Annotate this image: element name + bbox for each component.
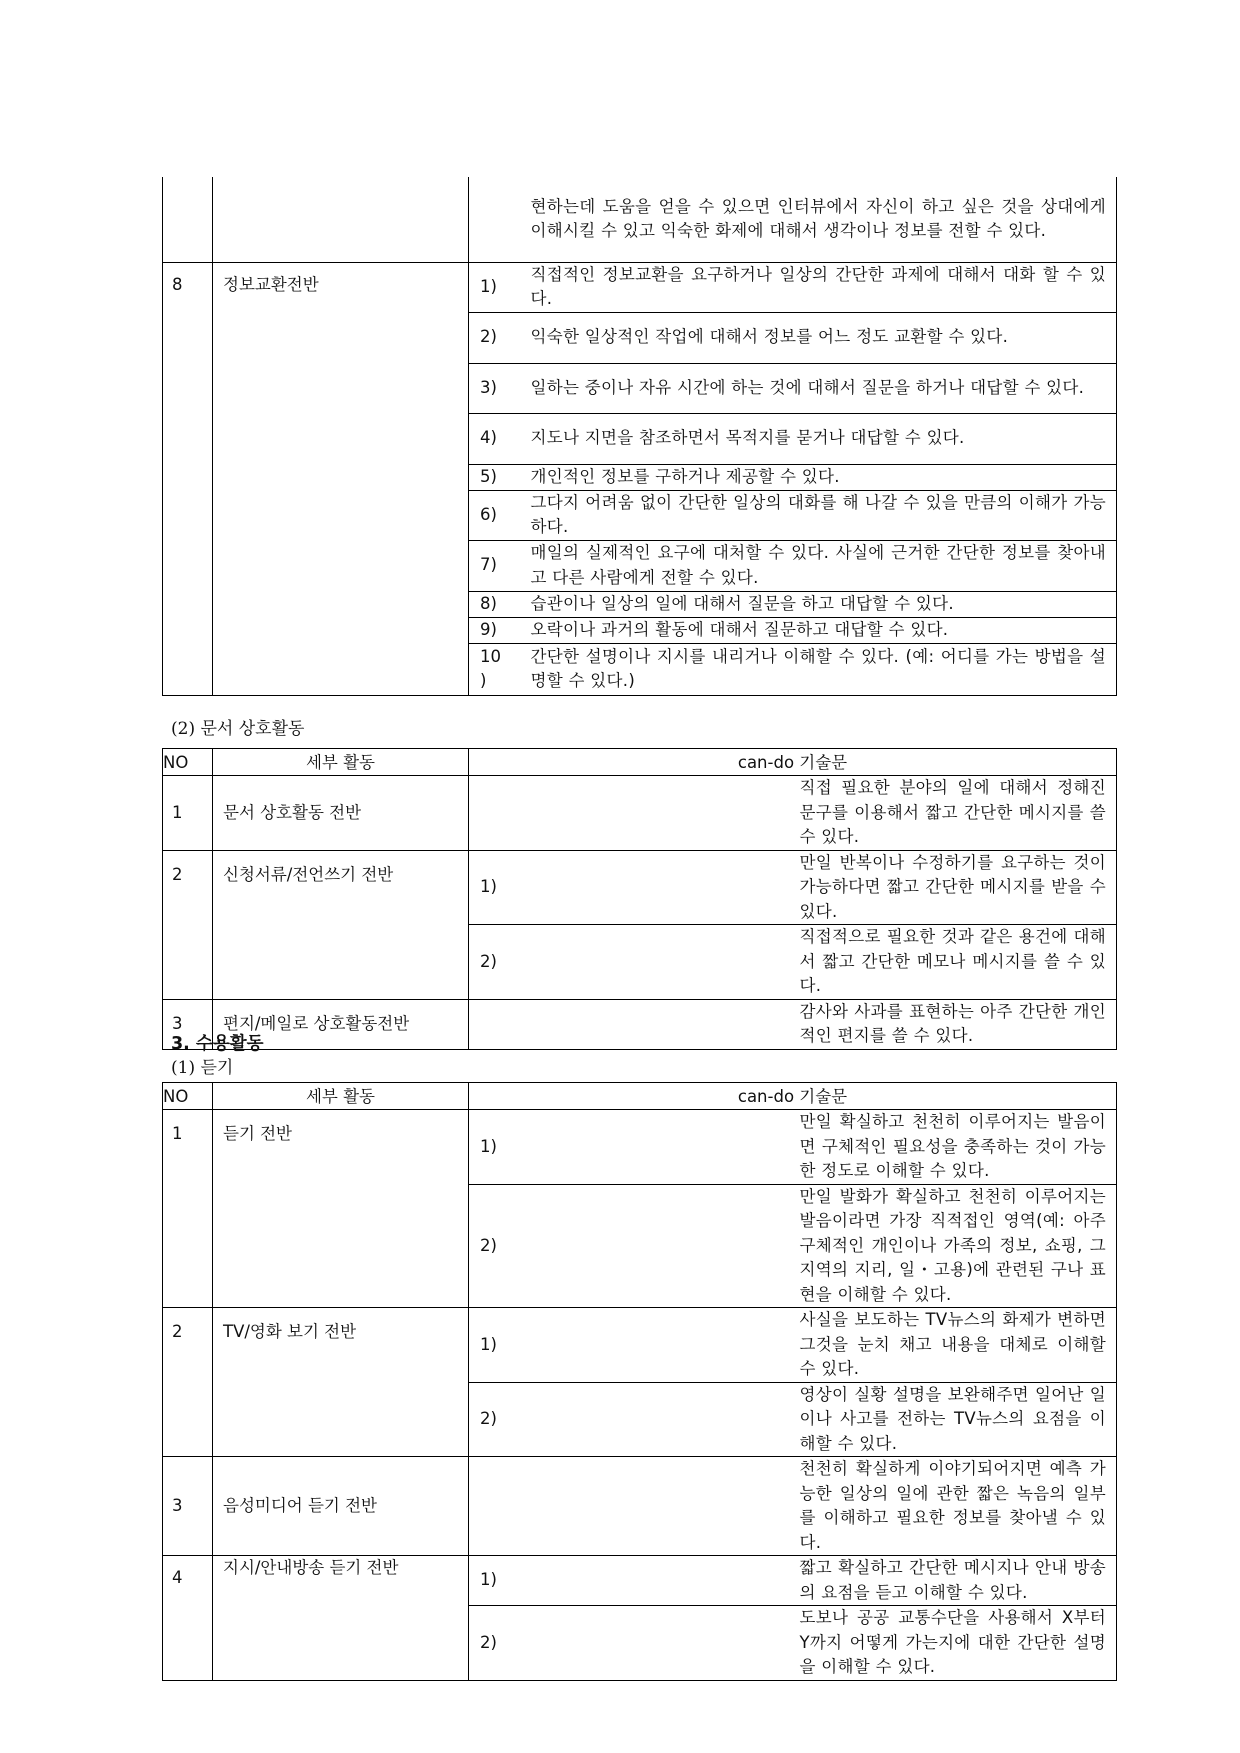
listening-table: NO 세부 활동 can-do 기술문 1 듣기 전반 1) 만일 확실하고 천… [162, 1082, 1117, 1681]
item-number [469, 999, 793, 1049]
activity-cell: 신청서류/전언쓰기 전반 [213, 850, 469, 999]
item-number: 2) [469, 1606, 793, 1681]
cando-statement: 현하는데 도움을 얻을 수 있으면 인터뷰에서 자신이 하고 싶은 것을 상대에… [524, 177, 1117, 262]
item-number: 5) [469, 464, 524, 490]
row-number: 4 [163, 1556, 213, 1681]
item-number: 4) [469, 413, 524, 464]
cando-statement: 매일의 실제적인 요구에 대처할 수 있다. 사실에 근거한 간단한 정보를 찾… [524, 540, 1117, 591]
activity-cell: 음성미디어 듣기 전반 [213, 1457, 469, 1556]
subsection-label-written-interaction: (2) 문서 상호활동 [171, 714, 304, 739]
item-number: 2) [469, 925, 793, 1000]
cando-statement: 사실을 보도하는 TV뉴스의 화제가 변하면 그것을 눈치 채고 내용을 대체로… [793, 1308, 1117, 1383]
cando-statement: 직접 필요한 분야의 일에 대해서 정해진 문구를 이용해서 짧고 간단한 메시… [793, 776, 1117, 851]
table-row: 1 듣기 전반 1) 만일 확실하고 천천히 이루어지는 발음이면 구체적인 필… [163, 1110, 1117, 1185]
row-number: 2 [163, 1308, 213, 1457]
header-cando: can-do 기술문 [469, 749, 1117, 776]
subsection-label-listening: (1) 듣기 [171, 1053, 233, 1078]
table-row: 2 신청서류/전언쓰기 전반 1) 만일 반복이나 수정하기를 요구하는 것이 … [163, 850, 1117, 925]
cando-statement: 간단한 설명이나 지시를 내리거나 이해할 수 있다. (예: 어디를 가는 방… [524, 643, 1117, 695]
cando-statement: 영상이 실황 설명을 보완해주면 일어난 일이나 사고를 전하는 TV뉴스의 요… [793, 1382, 1117, 1457]
cando-statement: 일하는 중이나 자유 시간에 하는 것에 대해서 질문을 하거나 대답할 수 있… [524, 363, 1117, 413]
item-number: 3) [469, 363, 524, 413]
item-number: 1) [469, 262, 524, 312]
item-number: 2) [469, 1382, 793, 1457]
cando-statement: 천천히 확실하게 이야기되어지면 예측 가능한 일상의 일에 관한 짧은 녹음의… [793, 1457, 1117, 1556]
table-header-row: NO 세부 활동 can-do 기술문 [163, 1083, 1117, 1110]
row-number: 8 [163, 262, 213, 695]
item-number [469, 1457, 793, 1556]
table-row: 4 지시/안내방송 듣기 전반 1) 짧고 확실하고 간단한 메시지나 안내 방… [163, 1556, 1117, 1606]
section-title-reception: 3. 수용활동 [171, 1030, 264, 1055]
header-no: NO [163, 1083, 213, 1110]
header-activity: 세부 활동 [213, 749, 469, 776]
cando-statement: 짧고 확실하고 간단한 메시지나 안내 방송의 요점을 듣고 이해할 수 있다. [793, 1556, 1117, 1606]
item-number [469, 776, 793, 851]
cando-statement: 그다지 어려움 없이 간단한 일상의 대화를 해 나갈 수 있을 만큼의 이해가… [524, 490, 1117, 540]
table-row: 현하는데 도움을 얻을 수 있으면 인터뷰에서 자신이 하고 싶은 것을 상대에… [163, 177, 1117, 262]
table-header-row: NO 세부 활동 can-do 기술문 [163, 749, 1117, 776]
table-row: 8 정보교환전반 1) 직접적인 정보교환을 요구하거나 일상의 간단한 과제에… [163, 262, 1117, 312]
table-row: 3 편지/메일로 상호활동전반 감사와 사과를 표현하는 아주 간단한 개인적인… [163, 999, 1117, 1049]
cando-statement: 감사와 사과를 표현하는 아주 간단한 개인적인 편지를 쓸 수 있다. [793, 999, 1117, 1049]
activity-cell: TV/영화 보기 전반 [213, 1308, 469, 1457]
activity-cell: 정보교환전반 [213, 262, 469, 695]
cando-statement: 개인적인 정보를 구하거나 제공할 수 있다. [524, 464, 1117, 490]
row-number [163, 177, 213, 262]
cando-statement: 오락이나 과거의 활동에 대해서 질문하고 대답할 수 있다. [524, 617, 1117, 643]
spoken-interaction-table-continued: 현하는데 도움을 얻을 수 있으면 인터뷰에서 자신이 하고 싶은 것을 상대에… [162, 177, 1117, 696]
cando-statement: 만일 반복이나 수정하기를 요구하는 것이 가능하다면 짧고 간단한 메시지를 … [793, 850, 1117, 925]
header-no: NO [163, 749, 213, 776]
cando-statement: 직접적인 정보교환을 요구하거나 일상의 간단한 과제에 대해서 대화 할 수 … [524, 262, 1117, 312]
row-number: 2 [163, 850, 213, 999]
cando-statement: 만일 확실하고 천천히 이루어지는 발음이면 구체적인 필요성을 충족하는 것이… [793, 1110, 1117, 1185]
activity-cell [213, 177, 469, 262]
table-row: 2 TV/영화 보기 전반 1) 사실을 보도하는 TV뉴스의 화제가 변하면 … [163, 1308, 1117, 1383]
cando-statement: 습관이나 일상의 일에 대해서 질문을 하고 대답할 수 있다. [524, 591, 1117, 617]
activity-cell: 듣기 전반 [213, 1110, 469, 1308]
item-number: 2) [469, 1184, 793, 1308]
activity-cell: 문서 상호활동 전반 [213, 776, 469, 851]
activity-cell: 지시/안내방송 듣기 전반 [213, 1556, 469, 1681]
header-activity: 세부 활동 [213, 1083, 469, 1110]
item-number: 1) [469, 1308, 793, 1383]
row-number: 3 [163, 1457, 213, 1556]
item-number [469, 177, 524, 262]
written-interaction-table: NO 세부 활동 can-do 기술문 1 문서 상호활동 전반 직접 필요한 … [162, 748, 1117, 1050]
row-number: 1 [163, 776, 213, 851]
cando-statement: 도보나 공공 교통수단을 사용해서 X부터 Y까지 어떻게 가는지에 대한 간단… [793, 1606, 1117, 1681]
item-number: 8) [469, 591, 524, 617]
item-number: 9) [469, 617, 524, 643]
cando-statement: 익숙한 일상적인 작업에 대해서 정보를 어느 정도 교환할 수 있다. [524, 312, 1117, 363]
cando-statement: 지도나 지면을 참조하면서 목적지를 묻거나 대답할 수 있다. [524, 413, 1117, 464]
item-number: 1) [469, 1110, 793, 1185]
row-number: 1 [163, 1110, 213, 1308]
cando-statement: 만일 발화가 확실하고 천천히 이루어지는 발음이라면 가장 직적접인 영역(예… [793, 1184, 1117, 1308]
item-number: 1) [469, 1556, 793, 1606]
item-number: 1) [469, 850, 793, 925]
table-row: 3 음성미디어 듣기 전반 천천히 확실하게 이야기되어지면 예측 가능한 일상… [163, 1457, 1117, 1556]
item-number: 7) [469, 540, 524, 591]
item-number: 6) [469, 490, 524, 540]
cando-statement: 직접적으로 필요한 것과 같은 용건에 대해서 짧고 간단한 메모나 메시지를 … [793, 925, 1117, 1000]
item-number: 2) [469, 312, 524, 363]
item-number: 10 ) [469, 643, 524, 695]
table-row: 1 문서 상호활동 전반 직접 필요한 분야의 일에 대해서 정해진 문구를 이… [163, 776, 1117, 851]
header-cando: can-do 기술문 [469, 1083, 1117, 1110]
